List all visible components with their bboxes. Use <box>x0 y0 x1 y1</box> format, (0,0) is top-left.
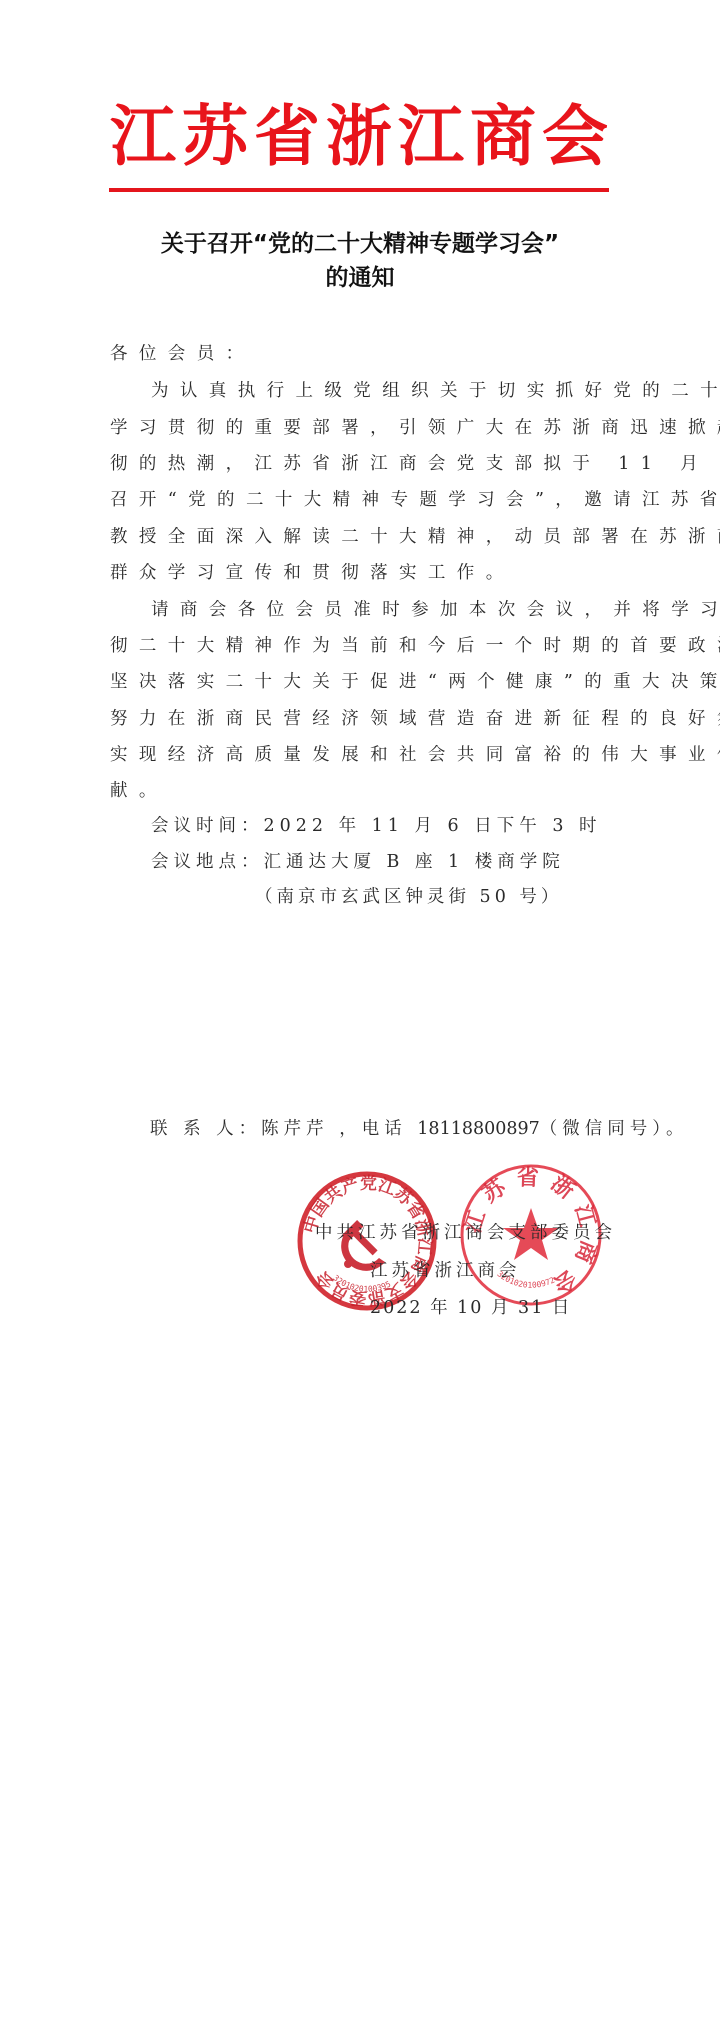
paragraph-2-line: 献。 <box>110 779 168 803</box>
organization-letterhead: 江苏省浙江商会 <box>110 98 610 174</box>
meeting-place-label: 会议地点： <box>151 852 264 872</box>
paragraph-2-line: 请商会各位会员准时参加本次会议，并将学习宣传贯 <box>151 598 720 622</box>
contact-label: 联 系 人： <box>150 1119 261 1139</box>
contact-note: （微信同号）。 <box>540 1119 689 1139</box>
contact-phone-label: ，电话 <box>339 1119 407 1139</box>
issuer-party-branch: 中共江苏省浙江商会支部委员会 <box>315 1221 616 1245</box>
paragraph-2-line: 实现经济高质量发展和社会共同富裕的伟大事业作出新贡 <box>110 743 720 767</box>
paragraph-1-line: 为认真执行上级党组织关于切实抓好党的二十大精神 <box>151 379 720 403</box>
salutation: 各位会员： <box>110 342 255 366</box>
paragraph-2-line: 坚决落实二十大关于促进“两个健康”的重大决策部署， <box>110 670 720 694</box>
document-title-line-2: 的通知 <box>60 263 660 293</box>
paragraph-2-line: 努力在浙商民营经济领域营造奋进新征程的良好氛围，为 <box>110 707 720 731</box>
meeting-time-value: 2022 年 11 月 6 日下午 3 时 <box>264 816 602 836</box>
meeting-address: （南京市玄武区钟灵街 50 号） <box>255 885 562 909</box>
contact-name: 陈芹芹 <box>261 1119 329 1139</box>
contact-phone: 18118800897 <box>417 1119 539 1139</box>
paragraph-1-line: 教授全面深入解读二十大精神，动员部署在苏浙商党员及 <box>110 525 720 549</box>
meeting-time: 会议时间：2022 年 11 月 6 日下午 3 时 <box>151 814 602 838</box>
paragraph-1-line: 彻的热潮，江苏省浙江商会党支部拟于 11 月 6 日在南京市 <box>110 452 720 476</box>
paragraph-2-line: 彻二十大精神作为当前和今后一个时期的首要政治任务， <box>110 634 720 658</box>
letterhead-divider <box>109 188 609 192</box>
paragraph-1-line: 群众学习宣传和贯彻落实工作。 <box>110 561 515 585</box>
meeting-place-value: 汇通达大厦 B 座 1 楼商学院 <box>264 852 565 872</box>
issuer-association: 江苏省浙江商会 <box>370 1259 521 1283</box>
paragraph-1-line: 召开“党的二十大精神专题学习会”，邀请江苏省委党校 <box>110 488 720 512</box>
document-title-line-1: 关于召开“党的二十大精神专题学习会” <box>60 229 660 259</box>
paragraph-1-line: 学习贯彻的重要部署，引领广大在苏浙商迅速掀起学习贯 <box>110 416 720 440</box>
meeting-place: 会议地点：汇通达大厦 B 座 1 楼商学院 <box>151 850 565 874</box>
issue-date: 2022 年 10 月 31 日 <box>370 1296 571 1320</box>
contact-line: 联 系 人：陈芹芹 ，电话 18118800897（微信同号）。 <box>150 1117 689 1141</box>
meeting-time-label: 会议时间： <box>151 816 264 836</box>
